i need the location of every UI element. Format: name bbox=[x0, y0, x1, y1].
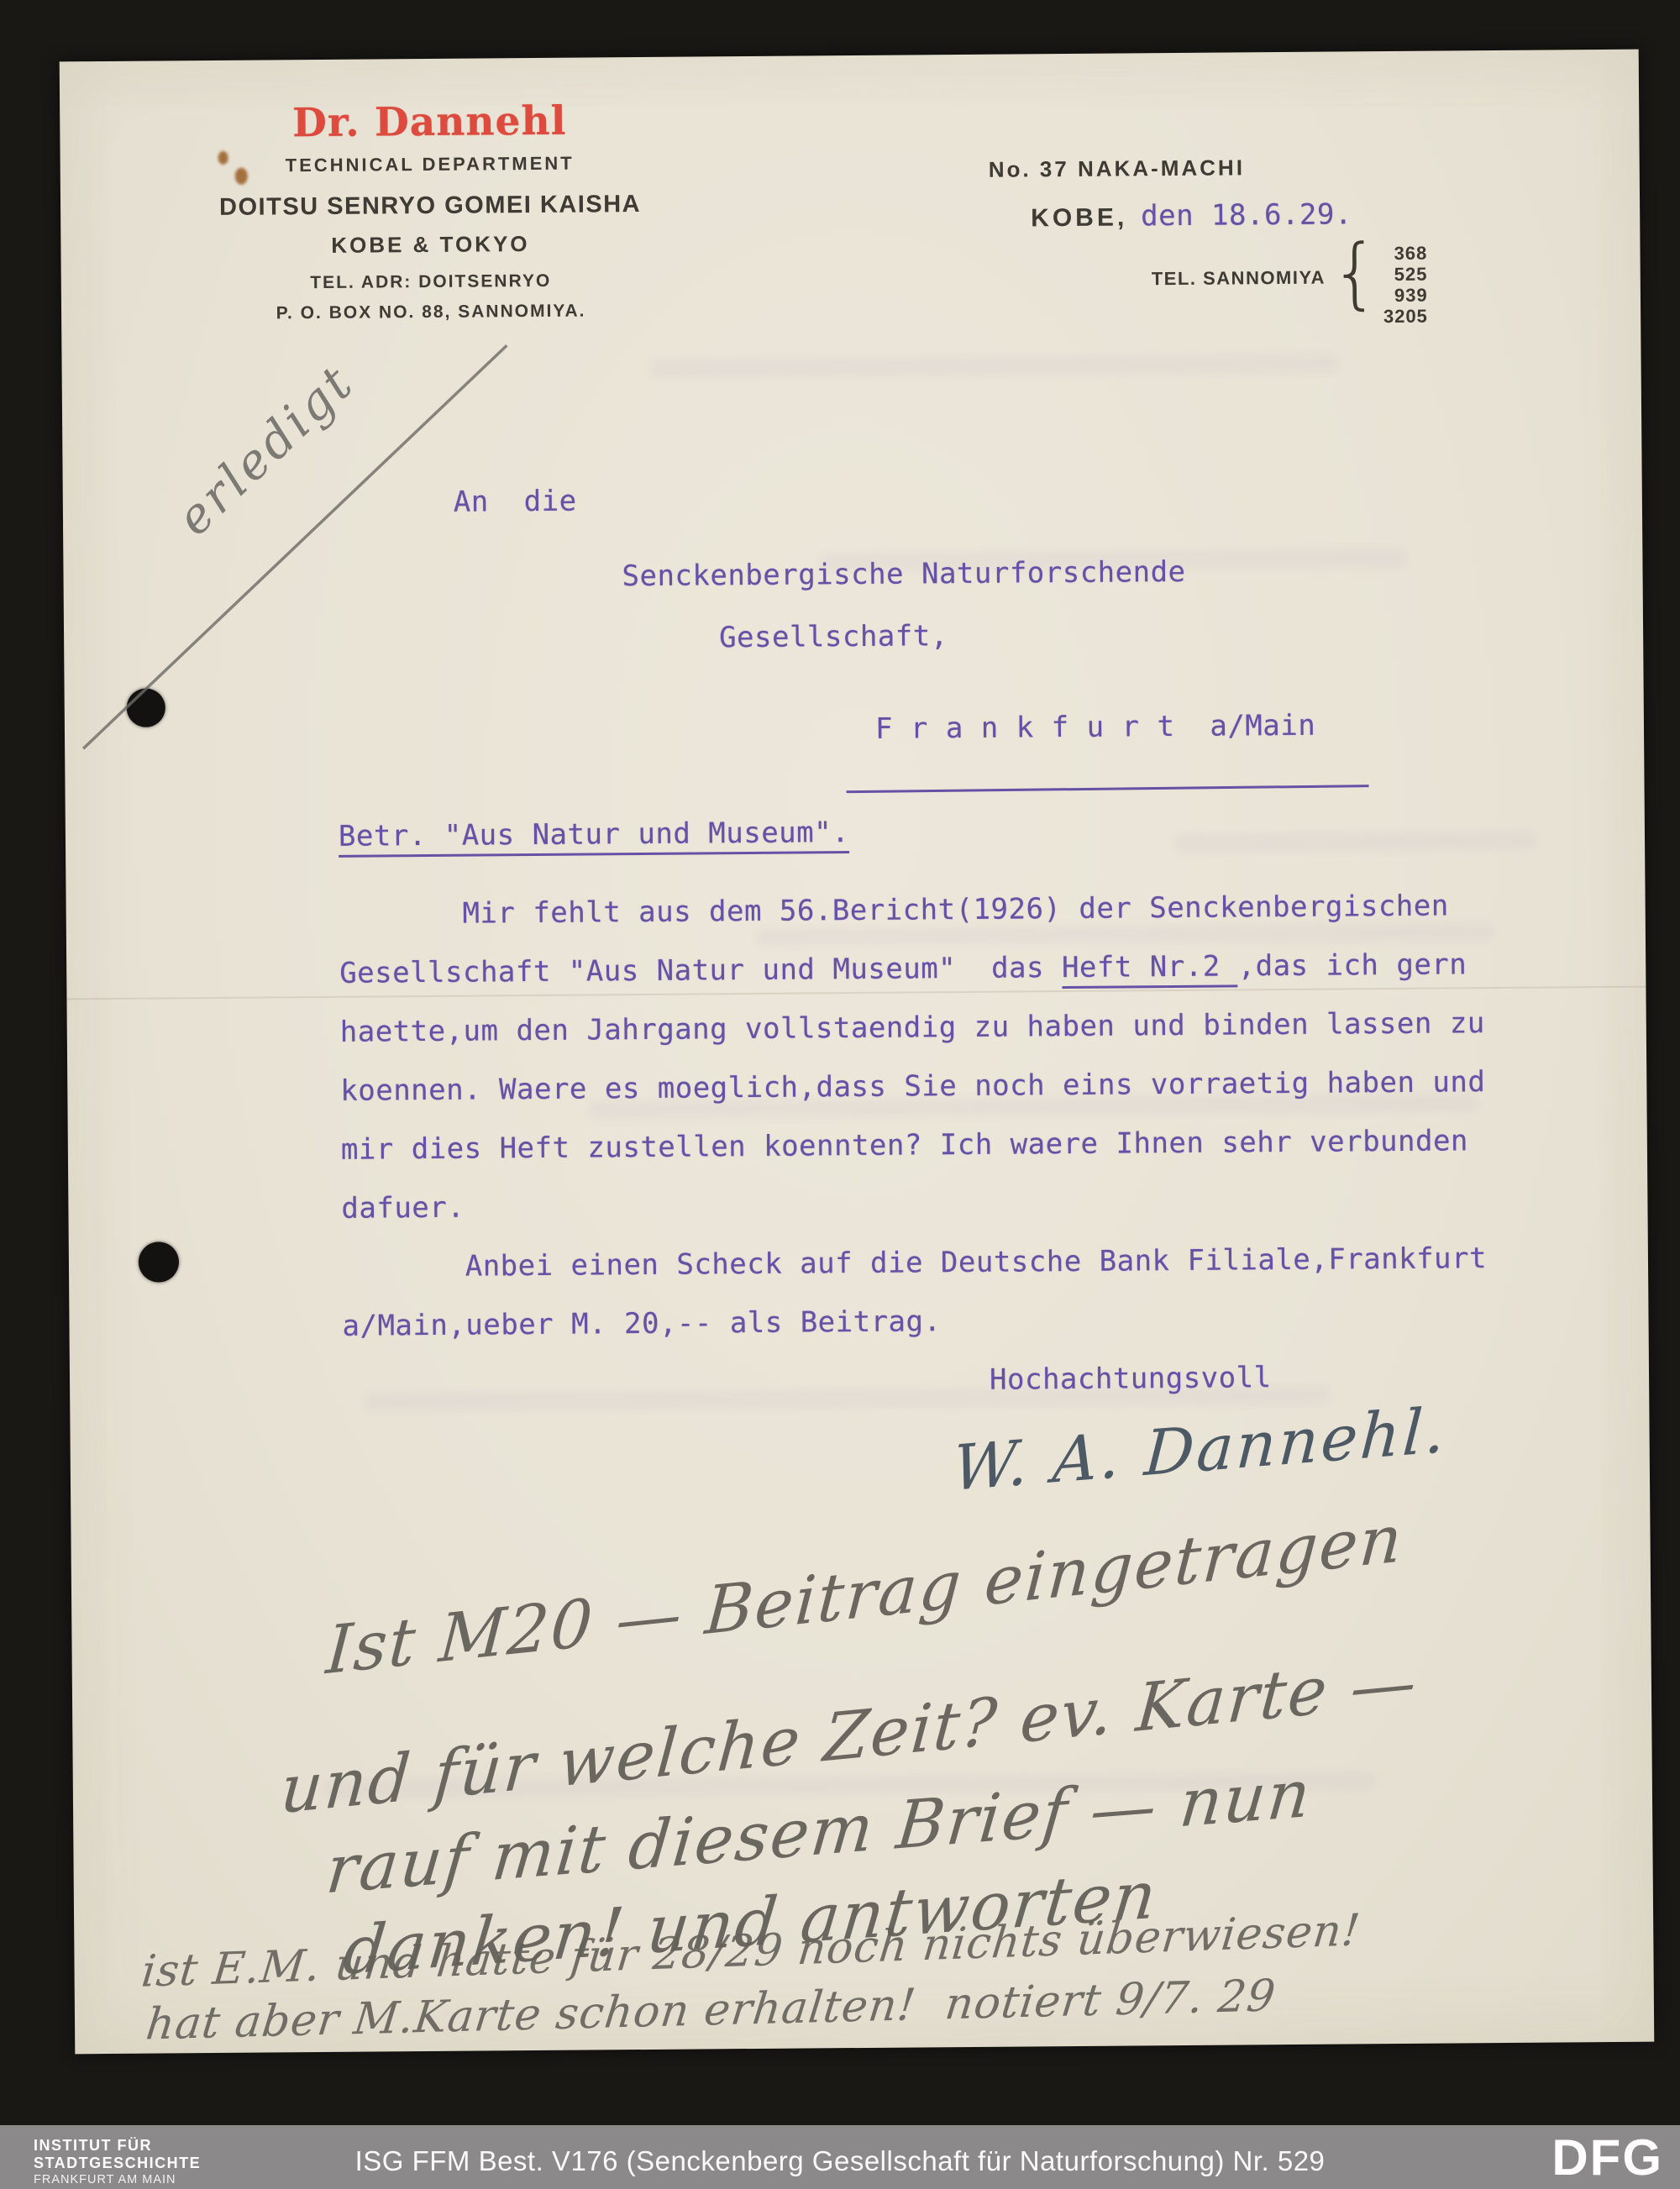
letterhead-telegraph-address: TEL. ADR: DOITSENRYO bbox=[187, 270, 675, 295]
body-line: haette,um den Jahrgang vollstaendig zu h… bbox=[340, 1006, 1485, 1049]
body-text: Gesellschaft "Aus Natur und Museum" das bbox=[339, 951, 1062, 990]
archive-scan-page: Dr. Dannehl TECHNICAL DEPARTMENT DOITSU … bbox=[0, 0, 1680, 2189]
letterhead-po-box: P. O. BOX NO. 88, SANNOMIYA. bbox=[187, 301, 675, 325]
letterhead-cities: KOBE & TOKYO bbox=[186, 230, 674, 260]
paper-crease bbox=[66, 986, 1646, 1000]
recipient-name-line2: Gesellschaft, bbox=[719, 619, 948, 654]
punch-hole-bottom bbox=[139, 1241, 179, 1282]
letterhead-department: TECHNICAL DEPARTMENT bbox=[186, 152, 674, 178]
street-address: No. 37 NAKA-MACHI bbox=[989, 155, 1245, 182]
typed-date: den 18.6.29. bbox=[1141, 197, 1352, 233]
place-date-line: KOBE, den 18.6.29. bbox=[1031, 197, 1352, 234]
closing-formula: Hochachtungsvoll bbox=[990, 1361, 1272, 1397]
body-text: ,das ich gern bbox=[1238, 948, 1467, 983]
telephone-number: 368 bbox=[1383, 243, 1427, 264]
subject-text: Betr. "Aus Natur und Museum". bbox=[339, 816, 849, 858]
ink-bleedthrough bbox=[650, 354, 1339, 377]
telephone-block: TEL. SANNOMIYA { 368 525 939 3205 bbox=[1151, 229, 1428, 329]
body-line: Gesellschaft "Aus Natur und Museum" das … bbox=[339, 948, 1467, 990]
body-line: dafuer. bbox=[341, 1191, 465, 1226]
telephone-numbers: 368 525 939 3205 bbox=[1383, 243, 1428, 327]
underlined-issue-number: Heft Nr.2 bbox=[1062, 949, 1238, 989]
letterhead-company: DOITSU SENRYO GOMEI KAISHA bbox=[186, 191, 674, 223]
place-label: KOBE, bbox=[1031, 203, 1127, 233]
body-line: Anbei einen Scheck auf die Deutsche Bank… bbox=[342, 1241, 1487, 1284]
city-underline bbox=[847, 785, 1369, 793]
recipient-salutation: An die bbox=[454, 485, 577, 519]
archive-caption-bar: INSTITUT FÜR STADTGESCHICHTE FRANKFURT A… bbox=[0, 2125, 1680, 2189]
telephone-number: 3205 bbox=[1383, 306, 1428, 327]
telephone-label: TEL. SANNOMIYA bbox=[1152, 267, 1326, 291]
telephone-number: 939 bbox=[1383, 285, 1428, 306]
ink-bleedthrough bbox=[1174, 832, 1536, 853]
recipient-city: F r a n k f u r t a/Main bbox=[875, 709, 1316, 746]
body-line: mir dies Heft zustellen koennten? Ich wa… bbox=[341, 1124, 1468, 1167]
handwritten-signature: W. A. Dannehl. bbox=[951, 1394, 1450, 1505]
dfg-logo: DFG bbox=[1551, 2129, 1663, 2186]
telephone-number: 525 bbox=[1383, 264, 1427, 285]
body-line: a/Main,ueber M. 20,-- als Beitrag. bbox=[342, 1304, 941, 1343]
brace-glyph: { bbox=[1331, 229, 1380, 317]
letter-paper-sheet: Dr. Dannehl TECHNICAL DEPARTMENT DOITSU … bbox=[60, 50, 1655, 2055]
recipient-name-line1: Senckenbergische Naturforschende bbox=[622, 555, 1185, 593]
doctor-name-stamp: Dr. Dannehl bbox=[186, 97, 673, 148]
subject-line: Betr. "Aus Natur und Museum". bbox=[339, 816, 849, 853]
archive-reference-caption: ISG FFM Best. V176 (Senckenberg Gesellsc… bbox=[0, 2145, 1680, 2177]
letterhead: Dr. Dannehl TECHNICAL DEPARTMENT DOITSU … bbox=[186, 97, 675, 325]
